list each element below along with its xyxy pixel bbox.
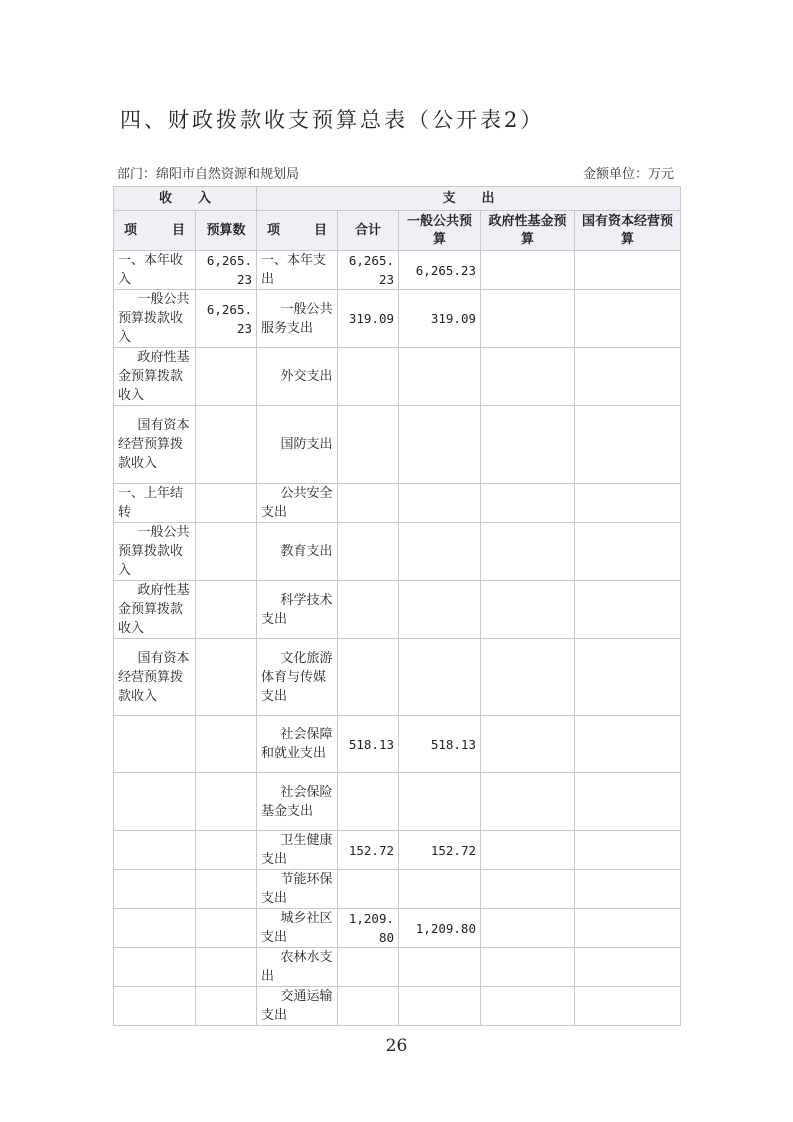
total-cell: 1,209.80	[338, 909, 399, 948]
general-public-cell	[399, 948, 481, 987]
income-item-cell: 一般公共预算拨款收入	[114, 290, 196, 348]
state-capital-cell	[575, 909, 681, 948]
gov-fund-cell	[481, 831, 575, 870]
general-public-cell	[399, 581, 481, 639]
income-item-cell: 国有资本经营预算拨款收入	[114, 639, 196, 716]
income-budget-cell	[196, 484, 257, 523]
income-budget-cell	[196, 716, 257, 773]
income-budget-cell	[196, 773, 257, 831]
page-title: 四、财政拨款收支预算总表（公开表2）	[120, 104, 544, 134]
income-budget-cell: 6,265.23	[196, 290, 257, 348]
expense-item-header-a: 项	[267, 221, 280, 240]
general-public-cell: 1,209.80	[399, 909, 481, 948]
total-cell	[338, 523, 399, 581]
expense-item-cell: 外交支出	[257, 348, 338, 406]
table-row: 政府性基金预算拨款收入外交支出	[114, 348, 681, 406]
total-cell: 518.13	[338, 716, 399, 773]
income-item-header: 项 目	[114, 211, 196, 251]
gov-fund-cell	[481, 523, 575, 581]
income-item-cell: 政府性基金预算拨款收入	[114, 581, 196, 639]
total-cell: 152.72	[338, 831, 399, 870]
budget-summary-table: 收 入 支 出 项 目 预算数 项 目 合计 一般公共预算 政府性基金预算 国有…	[113, 186, 681, 1026]
income-budget-cell	[196, 987, 257, 1026]
table-row: 一般公共预算拨款收入6,265.23一般公共服务支出319.09319.09	[114, 290, 681, 348]
state-capital-cell	[575, 716, 681, 773]
income-item-cell	[114, 948, 196, 987]
income-budget-cell: 6,265.23	[196, 251, 257, 290]
income-group-header: 收 入	[114, 187, 257, 211]
state-capital-cell	[575, 639, 681, 716]
state-capital-cell	[575, 987, 681, 1026]
state-capital-cell	[575, 251, 681, 290]
expense-item-cell: 一、本年支出	[257, 251, 338, 290]
income-item-cell	[114, 716, 196, 773]
table-row: 政府性基金预算拨款收入科学技术支出	[114, 581, 681, 639]
state-capital-cell	[575, 484, 681, 523]
expense-item-cell: 卫生健康支出	[257, 831, 338, 870]
expense-item-cell: 公共安全支出	[257, 484, 338, 523]
income-item-cell: 一、上年结转	[114, 484, 196, 523]
general-public-cell	[399, 406, 481, 484]
table-row: 一、本年收入6,265.23一、本年支出6,265.236,265.23	[114, 251, 681, 290]
state-capital-cell	[575, 290, 681, 348]
state-capital-cell	[575, 831, 681, 870]
table-row: 农林水支出	[114, 948, 681, 987]
general-public-header: 一般公共预算	[399, 211, 481, 251]
income-item-cell: 一般公共预算拨款收入	[114, 523, 196, 581]
total-cell	[338, 484, 399, 523]
table-row: 交通运输支出	[114, 987, 681, 1026]
total-cell	[338, 406, 399, 484]
expense-item-cell: 文化旅游体育与传媒支出	[257, 639, 338, 716]
general-public-cell	[399, 987, 481, 1026]
general-public-cell	[399, 639, 481, 716]
general-public-cell	[399, 348, 481, 406]
gov-fund-cell	[481, 290, 575, 348]
expense-group-header: 支 出	[257, 187, 681, 211]
income-item-cell	[114, 870, 196, 909]
gov-fund-cell	[481, 348, 575, 406]
gov-fund-cell	[481, 909, 575, 948]
expense-item-cell: 教育支出	[257, 523, 338, 581]
table-row: 国有资本经营预算拨款收入文化旅游体育与传媒支出	[114, 639, 681, 716]
state-capital-cell	[575, 581, 681, 639]
total-cell	[338, 870, 399, 909]
total-cell	[338, 773, 399, 831]
state-capital-header: 国有资本经营预算	[575, 211, 681, 251]
page-number: 26	[0, 1036, 793, 1056]
income-budget-cell	[196, 523, 257, 581]
total-cell: 6,265.23	[338, 251, 399, 290]
general-public-cell: 518.13	[399, 716, 481, 773]
expense-item-cell: 农林水支出	[257, 948, 338, 987]
table-row: 节能环保支出	[114, 870, 681, 909]
income-item-header-a: 项	[124, 221, 137, 240]
table-body: 一、本年收入6,265.23一、本年支出6,265.236,265.23一般公共…	[114, 251, 681, 1026]
income-budget-cell	[196, 639, 257, 716]
expense-item-cell: 一般公共服务支出	[257, 290, 338, 348]
table-row: 卫生健康支出152.72152.72	[114, 831, 681, 870]
income-item-cell: 政府性基金预算拨款收入	[114, 348, 196, 406]
total-cell	[338, 581, 399, 639]
expense-item-cell: 节能环保支出	[257, 870, 338, 909]
table-row: 一、上年结转公共安全支出	[114, 484, 681, 523]
general-public-cell	[399, 773, 481, 831]
gov-fund-cell	[481, 716, 575, 773]
expense-item-header-b: 目	[314, 221, 327, 240]
income-item-cell	[114, 909, 196, 948]
total-header: 合计	[338, 211, 399, 251]
state-capital-cell	[575, 523, 681, 581]
expense-item-cell: 社会保险基金支出	[257, 773, 338, 831]
income-budget-cell	[196, 406, 257, 484]
table-row: 社会保障和就业支出518.13518.13	[114, 716, 681, 773]
expense-item-cell: 国防支出	[257, 406, 338, 484]
expense-item-cell: 科学技术支出	[257, 581, 338, 639]
expense-item-cell: 社会保障和就业支出	[257, 716, 338, 773]
total-cell: 319.09	[338, 290, 399, 348]
state-capital-cell	[575, 773, 681, 831]
department-label: 部门：绵阳市自然资源和规划局	[117, 163, 299, 182]
total-cell	[338, 348, 399, 406]
income-budget-cell	[196, 348, 257, 406]
state-capital-cell	[575, 870, 681, 909]
expense-item-cell: 城乡社区支出	[257, 909, 338, 948]
state-capital-cell	[575, 406, 681, 484]
state-capital-cell	[575, 948, 681, 987]
general-public-cell	[399, 523, 481, 581]
general-public-cell	[399, 870, 481, 909]
gov-fund-cell	[481, 773, 575, 831]
total-cell	[338, 639, 399, 716]
income-item-cell: 国有资本经营预算拨款收入	[114, 406, 196, 484]
general-public-cell: 152.72	[399, 831, 481, 870]
income-budget-cell	[196, 581, 257, 639]
gov-fund-cell	[481, 870, 575, 909]
table-row: 国有资本经营预算拨款收入国防支出	[114, 406, 681, 484]
income-item-cell	[114, 831, 196, 870]
gov-fund-cell	[481, 639, 575, 716]
gov-fund-cell	[481, 987, 575, 1026]
table-row: 城乡社区支出1,209.801,209.80	[114, 909, 681, 948]
total-cell	[338, 948, 399, 987]
income-budget-cell	[196, 870, 257, 909]
general-public-cell: 6,265.23	[399, 251, 481, 290]
total-cell	[338, 987, 399, 1026]
gov-fund-cell	[481, 251, 575, 290]
gov-fund-cell	[481, 406, 575, 484]
amount-unit-label: 金额单位：万元	[583, 163, 674, 182]
general-public-cell	[399, 484, 481, 523]
income-budget-cell	[196, 831, 257, 870]
table-row: 一般公共预算拨款收入教育支出	[114, 523, 681, 581]
expense-item-header: 项 目	[257, 211, 338, 251]
state-capital-cell	[575, 348, 681, 406]
gov-fund-cell	[481, 581, 575, 639]
table-row: 社会保险基金支出	[114, 773, 681, 831]
expense-item-cell: 交通运输支出	[257, 987, 338, 1026]
income-budget-cell	[196, 909, 257, 948]
income-item-cell: 一、本年收入	[114, 251, 196, 290]
gov-fund-header: 政府性基金预算	[481, 211, 575, 251]
general-public-cell: 319.09	[399, 290, 481, 348]
income-budget-cell	[196, 948, 257, 987]
income-item-cell	[114, 987, 196, 1026]
income-budget-header: 预算数	[196, 211, 257, 251]
gov-fund-cell	[481, 484, 575, 523]
gov-fund-cell	[481, 948, 575, 987]
income-item-cell	[114, 773, 196, 831]
income-item-header-b: 目	[172, 221, 185, 240]
